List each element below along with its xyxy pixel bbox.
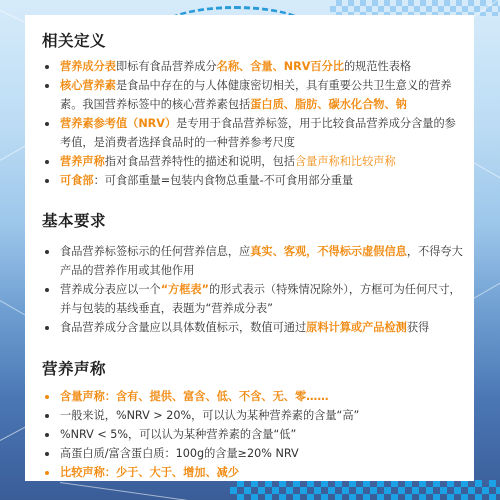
list-item: 核心营养素是食品中存在的与人体健康密切相关，具有重要公共卫生意义的营养素。我国营… [42, 76, 464, 114]
list-item: 食品营养成分含量应以具体数值标示，数值可通过原料计算或产品检测获得 [42, 318, 464, 337]
item-text: 指对食品营养特性的描述和说明，包括 [105, 155, 295, 168]
highlighted-term: 含量声称和比较声称 [295, 155, 396, 168]
highlighted-term: 营养成分表 [60, 60, 116, 73]
decor-line [60, 482, 199, 500]
content-panel: 相关定义 营养成分表即标有食品营养成分名称、含量、NRV百分比的规范性表格核心营… [25, 15, 474, 481]
section-title: 营养声称 [42, 359, 464, 379]
item-text: 营养成分表应以一个 [60, 283, 161, 296]
highlighted-term: “方框表” [161, 283, 209, 296]
item-text: 即标有食品营养成分 [116, 60, 217, 73]
highlighted-term: 营养素参考值（NRV） [60, 117, 176, 130]
highlighted-term: 核心营养素 [60, 79, 116, 92]
item-text: 一般来说，%NRV > 20%，可以认为某种营养素的含量“高” [60, 409, 359, 422]
list-item: 一般来说，%NRV > 20%，可以认为某种营养素的含量“高” [42, 406, 464, 425]
item-text: ：可食部重量=包装内食物总重量-不可食用部分重量 [94, 174, 354, 187]
checker-pattern-top [330, 0, 500, 16]
item-text: %NRV < 5%，可以认为某种营养素的含量“低” [60, 428, 296, 441]
item-text: 高蛋白质/富含蛋白质：100g的含量≥20% NRV [60, 447, 299, 460]
list-item: 含量声称：含有、提供、富含、低、不含、无、零…… [42, 387, 464, 406]
decor-line [470, 280, 500, 301]
list-item: 高蛋白质/富含蛋白质：100g的含量≥20% NRV [42, 444, 464, 463]
list-item: 比较声称：少于、大于、增加、减少 [42, 463, 464, 482]
checker-pattern-bottom [230, 480, 500, 500]
section-nutrition-claims: 营养声称 含量声称：含有、提供、富含、低、不含、无、零……一般来说，%NRV >… [42, 359, 464, 482]
requirements-list: 食品营养标签标示的任何营养信息，应真实、客观，不得标示虚假信息，不得夸大产品的营… [42, 242, 464, 337]
list-item: %NRV < 5%，可以认为某种营养素的含量“低” [42, 425, 464, 444]
item-text: 食品营养成分含量应以具体数值标示，数值可通过 [60, 321, 306, 334]
highlighted-term: 真实、客观，不得标示虚假信息 [250, 245, 407, 258]
item-text: 食品营养标签标示的任何营养信息，应 [60, 245, 250, 258]
item-text: 获得 [407, 321, 429, 334]
highlighted-term: 含量声称：含有、提供、富含、低、不含、无、零…… [60, 390, 329, 403]
list-item: 营养声称指对食品营养特性的描述和说明，包括含量声称和比较声称 [42, 152, 464, 171]
list-item: 食品营养标签标示的任何营养信息，应真实、客观，不得标示虚假信息，不得夸大产品的营… [42, 242, 464, 280]
section-title: 相关定义 [42, 31, 464, 51]
section-definitions: 相关定义 营养成分表即标有食品营养成分名称、含量、NRV百分比的规范性表格核心营… [42, 31, 464, 190]
highlighted-term: 可食部 [60, 174, 94, 187]
decor-line [470, 160, 500, 181]
list-item: 营养成分表即标有食品营养成分名称、含量、NRV百分比的规范性表格 [42, 57, 464, 76]
list-item: 营养素参考值（NRV）是专用于食品营养标签，用于比较食品营养成分含量的参考值，是… [42, 114, 464, 152]
list-item: 可食部：可食部重量=包装内食物总重量-不可食用部分重量 [42, 171, 464, 190]
claims-list: 含量声称：含有、提供、富含、低、不含、无、零……一般来说，%NRV > 20%，… [42, 387, 464, 482]
section-title: 基本要求 [42, 211, 464, 231]
highlighted-term: 原料计算或产品检测 [306, 321, 407, 334]
highlighted-term: 蛋白质、脂肪、碳水化合物、钠 [250, 98, 407, 111]
section-basic-requirements: 基本要求 食品营养标签标示的任何营养信息，应真实、客观，不得标示虚假信息，不得夸… [42, 211, 464, 337]
item-text: 的规范性表格 [344, 60, 411, 73]
highlighted-term: 营养声称 [60, 155, 105, 168]
highlighted-term: 名称、含量、NRV百分比 [217, 60, 344, 73]
definition-list: 营养成分表即标有食品营养成分名称、含量、NRV百分比的规范性表格核心营养素是食品… [42, 57, 464, 190]
list-item: 营养成分表应以一个“方框表”的形式表示（特殊情况除外），方框可为任何尺寸，并与包… [42, 280, 464, 318]
highlighted-term: 比较声称：少于、大于、增加、减少 [60, 466, 239, 479]
